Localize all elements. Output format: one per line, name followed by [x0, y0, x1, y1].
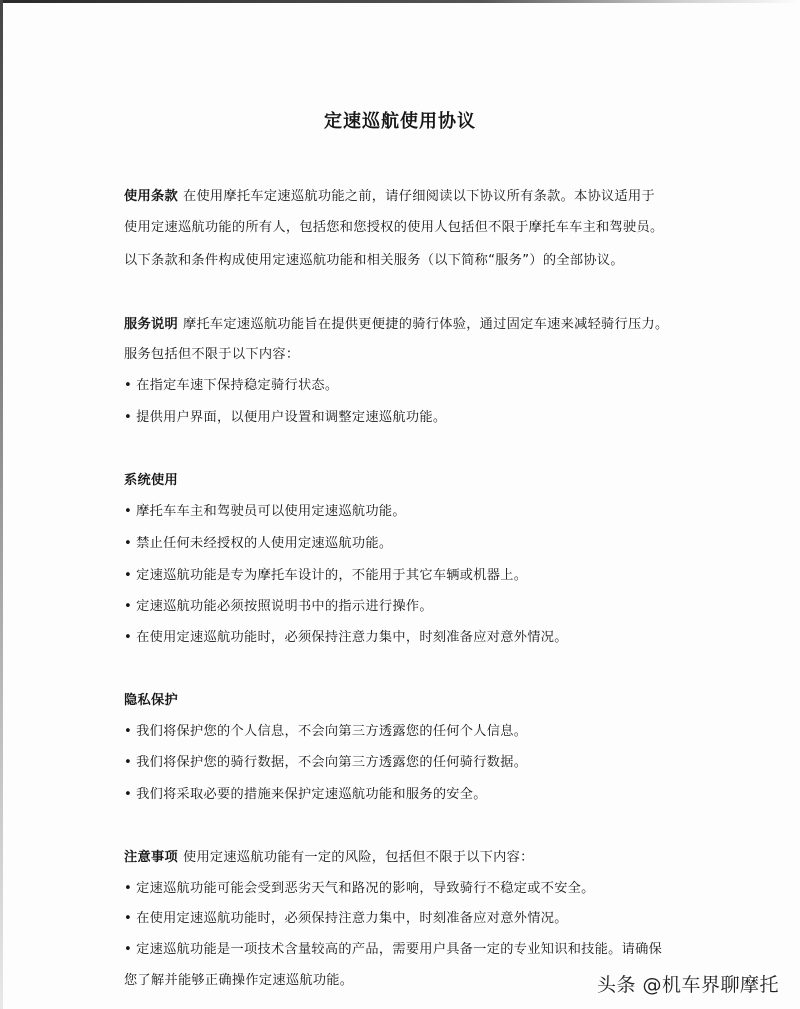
- section-notes-bullet: 在使用定速巡航功能时，必须保持注意力集中，时刻准备应对意外情况。: [124, 909, 568, 929]
- scan-edge-top: [0, 0, 800, 3]
- section-service-heading: 服务说明: [124, 317, 178, 332]
- section-service-bullet: 提供用户界面，以便用户设置和调整定速巡航功能。: [124, 408, 446, 428]
- section-system-bullet: 摩托车车主和驾驶员可以使用定速巡航功能。: [124, 502, 406, 522]
- section-privacy-bullet: 我们将保护您的骑行数据，不会向第三方透露您的任何骑行数据。: [124, 753, 527, 773]
- section-notes-line-1: 注意事项使用定速巡航功能有一定的风险，包括但不限于以下内容：: [124, 848, 534, 868]
- section-terms-line-2: 使用定速巡航功能的所有人，包括您和您授权的使用人包括但不限于摩托车车主和驾驶员。: [124, 218, 664, 238]
- section-privacy-bullet: 我们将保护您的个人信息，不会向第三方透露您的任何个人信息。: [124, 722, 527, 742]
- section-system-bullet: 禁止任何未经授权的人使用定速巡航功能。: [124, 534, 392, 554]
- section-system-bullet: 定速巡航功能是专为摩托车设计的，不能用于其它车辆或机器上。: [124, 566, 527, 586]
- section-privacy-bullet: 我们将采取必要的措施来保护定速巡航功能和服务的安全。: [124, 785, 487, 805]
- section-terms-line-1: 使用条款在使用摩托车定速巡航功能之前，请仔细阅读以下协议所有条款。本协议适用于: [124, 187, 655, 207]
- section-notes-heading: 注意事项: [124, 850, 178, 865]
- section-terms-line-3: 以下条款和条件构成使用定速巡航功能和相关服务（以下简称“服务”）的全部协议。: [124, 251, 624, 271]
- source-watermark: 头条 @机车界聊摩托: [597, 970, 779, 997]
- document-title: 定速巡航使用协议: [0, 107, 800, 133]
- section-terms-heading: 使用条款: [124, 189, 178, 204]
- section-service-line-2: 服务包括但不限于以下内容：: [124, 345, 299, 365]
- section-system-bullet: 定速巡航功能必须按照说明书中的指示进行操作。: [124, 597, 433, 617]
- section-notes-bullet: 定速巡航功能是一项技术含量较高的产品，需要用户具备一定的专业知识和技能。请确保: [124, 940, 662, 960]
- section-notes-bullet: 定速巡航功能可能会受到恶劣天气和路况的影响，导致骑行不稳定或不安全。: [124, 879, 595, 899]
- section-service-line-1: 服务说明摩托车定速巡航功能旨在提供更便捷的骑行体验，通过固定车速来减轻骑行压力。: [124, 315, 669, 335]
- section-privacy-heading: 隐私保护: [124, 691, 178, 711]
- scan-edge-left: [0, 0, 3, 1009]
- section-system-bullet: 在使用定速巡航功能时，必须保持注意力集中，时刻准备应对意外情况。: [124, 628, 568, 648]
- section-service-bullet: 在指定车速下保持稳定骑行状态。: [124, 376, 338, 396]
- section-system-heading: 系统使用: [124, 471, 178, 491]
- section-notes-continuation: 您了解并能够正确操作定速巡航功能。: [124, 971, 353, 991]
